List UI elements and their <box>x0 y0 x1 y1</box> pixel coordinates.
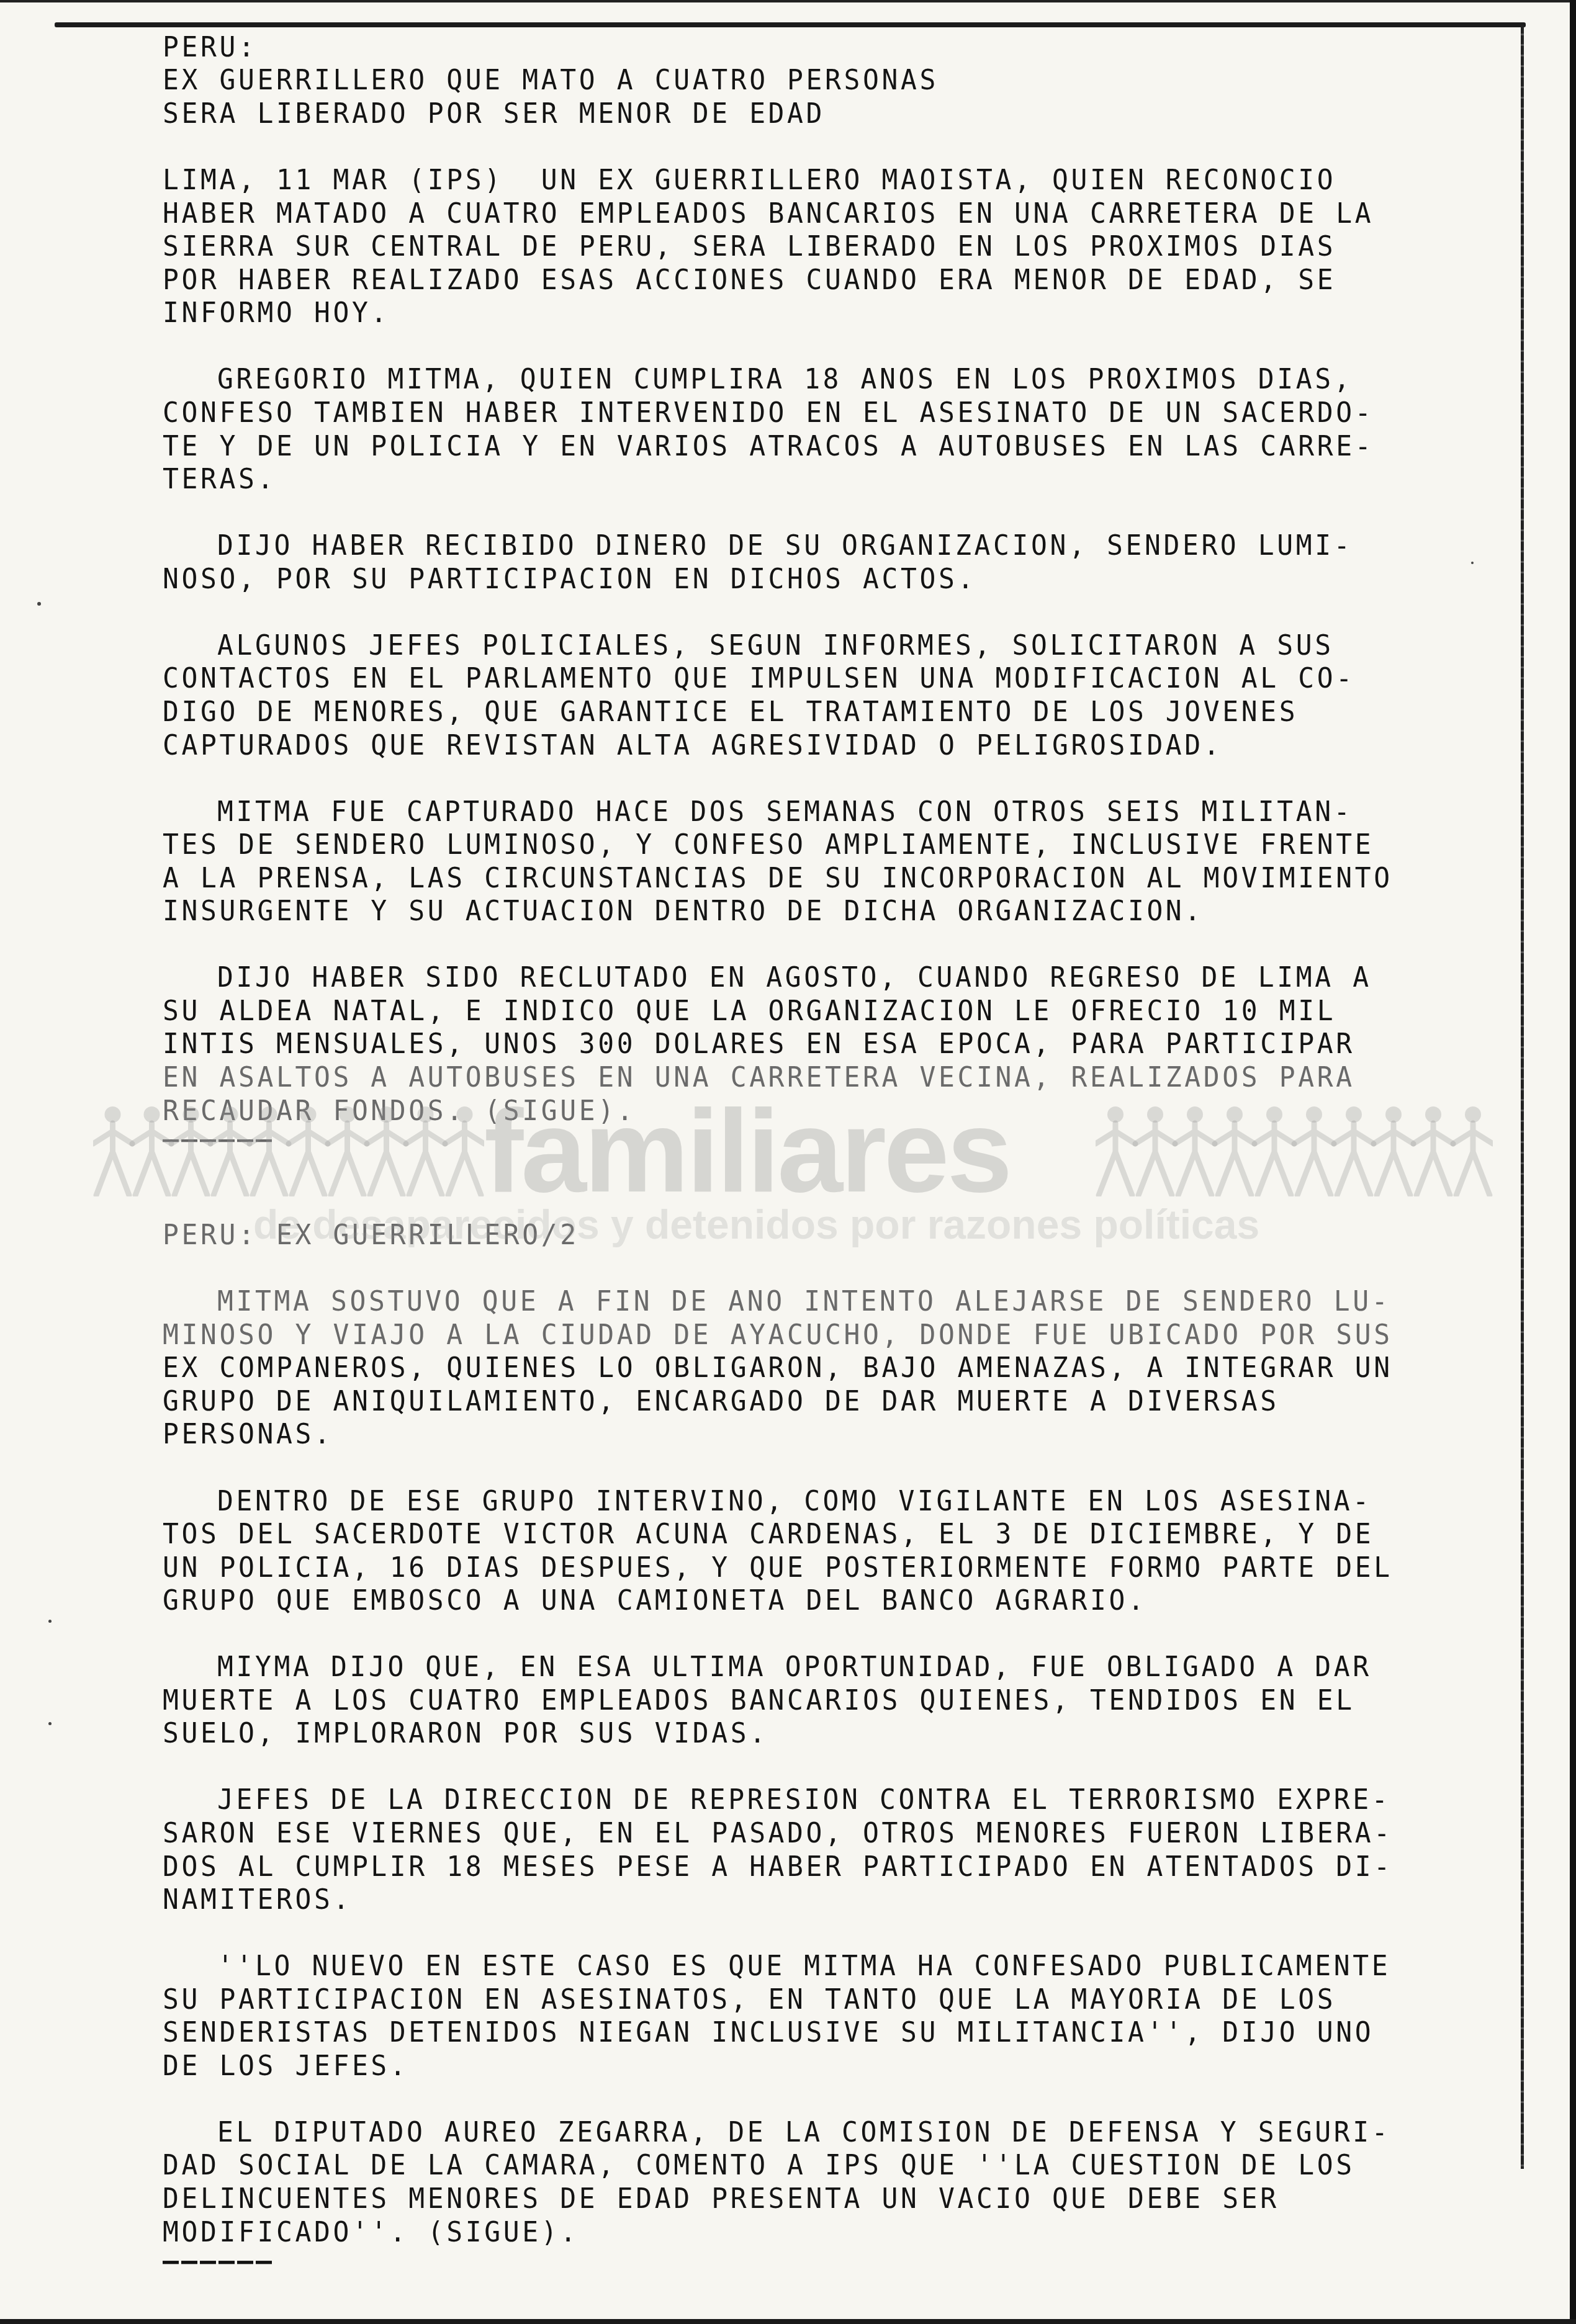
text-line: HABER MATADO A CUATRO EMPLEADOS BANCARIO… <box>163 197 1516 231</box>
text-line: DIGO DE MENORES, QUE GARANTICE EL TRATAM… <box>163 696 1516 729</box>
top-rule <box>55 22 1526 27</box>
paragraph: DENTRO DE ESE GRUPO INTERVINO, COMO VIGI… <box>163 1485 1516 1618</box>
text-line: CONFESO TAMBIEN HABER INTERVENIDO EN EL … <box>163 397 1516 430</box>
section-page2: PERU: EX GUERRILLERO/2 MITMA SOSTUVO QUE… <box>163 1219 1516 2264</box>
paragraph: DIJO HABER SIDO RECLUTADO EN AGOSTO, CUA… <box>163 961 1516 1128</box>
text-line: CONTACTOS EN EL PARLAMENTO QUE IMPULSEN … <box>163 662 1516 696</box>
scan-edge-top <box>0 0 1576 2</box>
paragraph-gap <box>163 2083 1516 2116</box>
text-line: EX COMPANEROS, QUIENES LO OBLIGARON, BAJ… <box>163 1352 1516 1385</box>
scan-edge-bottom <box>0 2319 1576 2324</box>
paragraph-gap <box>163 1618 1516 1651</box>
heading-line: EX GUERRILLERO QUE MATO A CUATRO PERSONA… <box>163 65 1516 98</box>
paragraph-gap <box>163 1917 1516 1950</box>
text-line: TERAS. <box>163 463 1516 496</box>
text-line: SUELO, IMPLORARON POR SUS VIDAS. <box>163 1717 1516 1751</box>
paragraph: GREGORIO MITMA, QUIEN CUMPLIRA 18 ANOS E… <box>163 364 1516 496</box>
text-line: DENTRO DE ESE GRUPO INTERVINO, COMO VIGI… <box>163 1485 1516 1519</box>
text-line: GREGORIO MITMA, QUIEN CUMPLIRA 18 ANOS E… <box>163 364 1516 397</box>
paragraph-gap <box>163 1751 1516 1784</box>
text-line: EN ASALTOS A AUTOBUSES EN UNA CARRETERA … <box>163 1061 1516 1095</box>
heading-line: PERU: <box>163 31 1516 65</box>
text-line: TOS DEL SACERDOTE VICTOR ACUNA CARDENAS,… <box>163 1518 1516 1551</box>
text-line: GRUPO DE ANIQUILAMIENTO, ENCARGADO DE DA… <box>163 1385 1516 1419</box>
text-line: MIYMA DIJO QUE, EN ESA ULTIMA OPORTUNIDA… <box>163 1651 1516 1684</box>
heading-line: SERA LIBERADO POR SER MENOR DE EDAD <box>163 97 1516 131</box>
page1-body: LIMA, 11 MAR (IPS) UN EX GUERRILLERO MAO… <box>163 131 1516 1128</box>
text-line: EL DIPUTADO AUREO ZEGARRA, DE LA COMISIO… <box>163 2116 1516 2150</box>
text-line: ''LO NUEVO EN ESTE CASO ES QUE MITMA HA … <box>163 1950 1516 1983</box>
paragraph-gap <box>163 330 1516 364</box>
typewritten-text: PERU: EX GUERRILLERO QUE MATO A CUATRO P… <box>163 31 1516 2264</box>
text-line: TES DE SENDERO LUMINOSO, Y CONFESO AMPLI… <box>163 828 1516 862</box>
text-line: CAPTURADOS QUE REVISTAN ALTA AGRESIVIDAD… <box>163 729 1516 763</box>
document-page: PERU: EX GUERRILLERO QUE MATO A CUATRO P… <box>0 0 1570 2318</box>
text-line: DE LOS JEFES. <box>163 2050 1516 2083</box>
page2-body: MITMA SOSTUVO QUE A FIN DE ANO INTENTO A… <box>163 1252 1516 2250</box>
paragraph-gap <box>163 131 1516 164</box>
paragraph-gap <box>163 762 1516 796</box>
text-line: DAD SOCIAL DE LA CAMARA, COMENTO A IPS Q… <box>163 2150 1516 2183</box>
scan-speck <box>48 1620 52 1623</box>
section-page1: PERU: EX GUERRILLERO QUE MATO A CUATRO P… <box>163 31 1516 1142</box>
paragraph: DIJO HABER RECIBIDO DINERO DE SU ORGANIZ… <box>163 529 1516 596</box>
text-line: DIJO HABER RECIBIDO DINERO DE SU ORGANIZ… <box>163 529 1516 563</box>
paragraph-gap <box>163 928 1516 962</box>
text-line: SU ALDEA NATAL, E INDICO QUE LA ORGANIZA… <box>163 995 1516 1028</box>
scan-speck <box>1471 562 1474 564</box>
paragraph: MITMA SOSTUVO QUE A FIN DE ANO INTENTO A… <box>163 1285 1516 1451</box>
text-line: POR HABER REALIZADO ESAS ACCIONES CUANDO… <box>163 264 1516 297</box>
text-line: NOSO, POR SU PARTICIPACION EN DICHOS ACT… <box>163 563 1516 596</box>
text-line: ALGUNOS JEFES POLICIALES, SEGUN INFORMES… <box>163 629 1516 663</box>
page1-heading: PERU: EX GUERRILLERO QUE MATO A CUATRO P… <box>163 31 1516 131</box>
text-line: MITMA FUE CAPTURADO HACE DOS SEMANAS CON… <box>163 796 1516 829</box>
paragraph: MITMA FUE CAPTURADO HACE DOS SEMANAS CON… <box>163 796 1516 928</box>
right-rule <box>1521 25 1524 2169</box>
text-line: A LA PRENSA, LAS CIRCUNSTANCIAS DE SU IN… <box>163 862 1516 895</box>
paragraph: MIYMA DIJO QUE, EN ESA ULTIMA OPORTUNIDA… <box>163 1651 1516 1751</box>
text-line: SARON ESE VIERNES QUE, EN EL PASADO, OTR… <box>163 1817 1516 1851</box>
scan-speck <box>48 1722 52 1725</box>
text-line: INSURGENTE Y SU ACTUACION DENTRO DE DICH… <box>163 895 1516 928</box>
paragraph: LIMA, 11 MAR (IPS) UN EX GUERRILLERO MAO… <box>163 164 1516 330</box>
paragraph: JEFES DE LA DIRECCION DE REPRESION CONTR… <box>163 1783 1516 1916</box>
text-line: INTIS MENSUALES, UNOS 300 DOLARES EN ESA… <box>163 1028 1516 1061</box>
text-line: DOS AL CUMPLIR 18 MESES PESE A HABER PAR… <box>163 1851 1516 1884</box>
text-line: MITMA SOSTUVO QUE A FIN DE ANO INTENTO A… <box>163 1285 1516 1319</box>
scan-speck <box>37 602 41 606</box>
text-line: SU PARTICIPACION EN ASESINATOS, EN TANTO… <box>163 1983 1516 2017</box>
text-line: SIERRA SUR CENTRAL DE PERU, SERA LIBERAD… <box>163 230 1516 264</box>
paragraph: EL DIPUTADO AUREO ZEGARRA, DE LA COMISIO… <box>163 2116 1516 2249</box>
text-line: INFORMO HOY. <box>163 297 1516 330</box>
page2-heading: PERU: EX GUERRILLERO/2 <box>163 1219 1516 1252</box>
text-line: GRUPO QUE EMBOSCO A UNA CAMIONETA DEL BA… <box>163 1584 1516 1618</box>
spacer <box>163 1142 1516 1219</box>
text-line: TE Y DE UN POLICIA Y EN VARIOS ATRACOS A… <box>163 430 1516 464</box>
text-line: MUERTE A LOS CUATRO EMPLEADOS BANCARIOS … <box>163 1684 1516 1718</box>
paragraph-gap <box>163 1451 1516 1485</box>
text-line: JEFES DE LA DIRECCION DE REPRESION CONTR… <box>163 1783 1516 1817</box>
text-line: NAMITEROS. <box>163 1883 1516 1917</box>
text-line: DELINCUENTES MENORES DE EDAD PRESENTA UN… <box>163 2183 1516 2216</box>
text-line: LIMA, 11 MAR (IPS) UN EX GUERRILLERO MAO… <box>163 164 1516 197</box>
paragraph: ''LO NUEVO EN ESTE CASO ES QUE MITMA HA … <box>163 1950 1516 2083</box>
text-line: MODIFICADO''. (SIGUE). <box>163 2216 1516 2250</box>
text-line: UN POLICIA, 16 DIAS DESPUES, Y QUE POSTE… <box>163 1551 1516 1585</box>
paragraph-gap <box>163 1252 1516 1286</box>
text-line: DIJO HABER SIDO RECLUTADO EN AGOSTO, CUA… <box>163 961 1516 995</box>
paragraph: ALGUNOS JEFES POLICIALES, SEGUN INFORMES… <box>163 629 1516 762</box>
paragraph-gap <box>163 496 1516 530</box>
text-line: MINOSO Y VIAJO A LA CIUDAD DE AYACUCHO, … <box>163 1319 1516 1352</box>
text-line: SENDERISTAS DETENIDOS NIEGAN INCLUSIVE S… <box>163 2016 1516 2050</box>
separator-rule <box>163 2261 272 2264</box>
text-line: RECAUDAR FONDOS. (SIGUE). <box>163 1095 1516 1128</box>
scan-edge-right <box>1570 0 1576 2324</box>
text-line: PERSONAS. <box>163 1418 1516 1451</box>
paragraph-gap <box>163 596 1516 629</box>
